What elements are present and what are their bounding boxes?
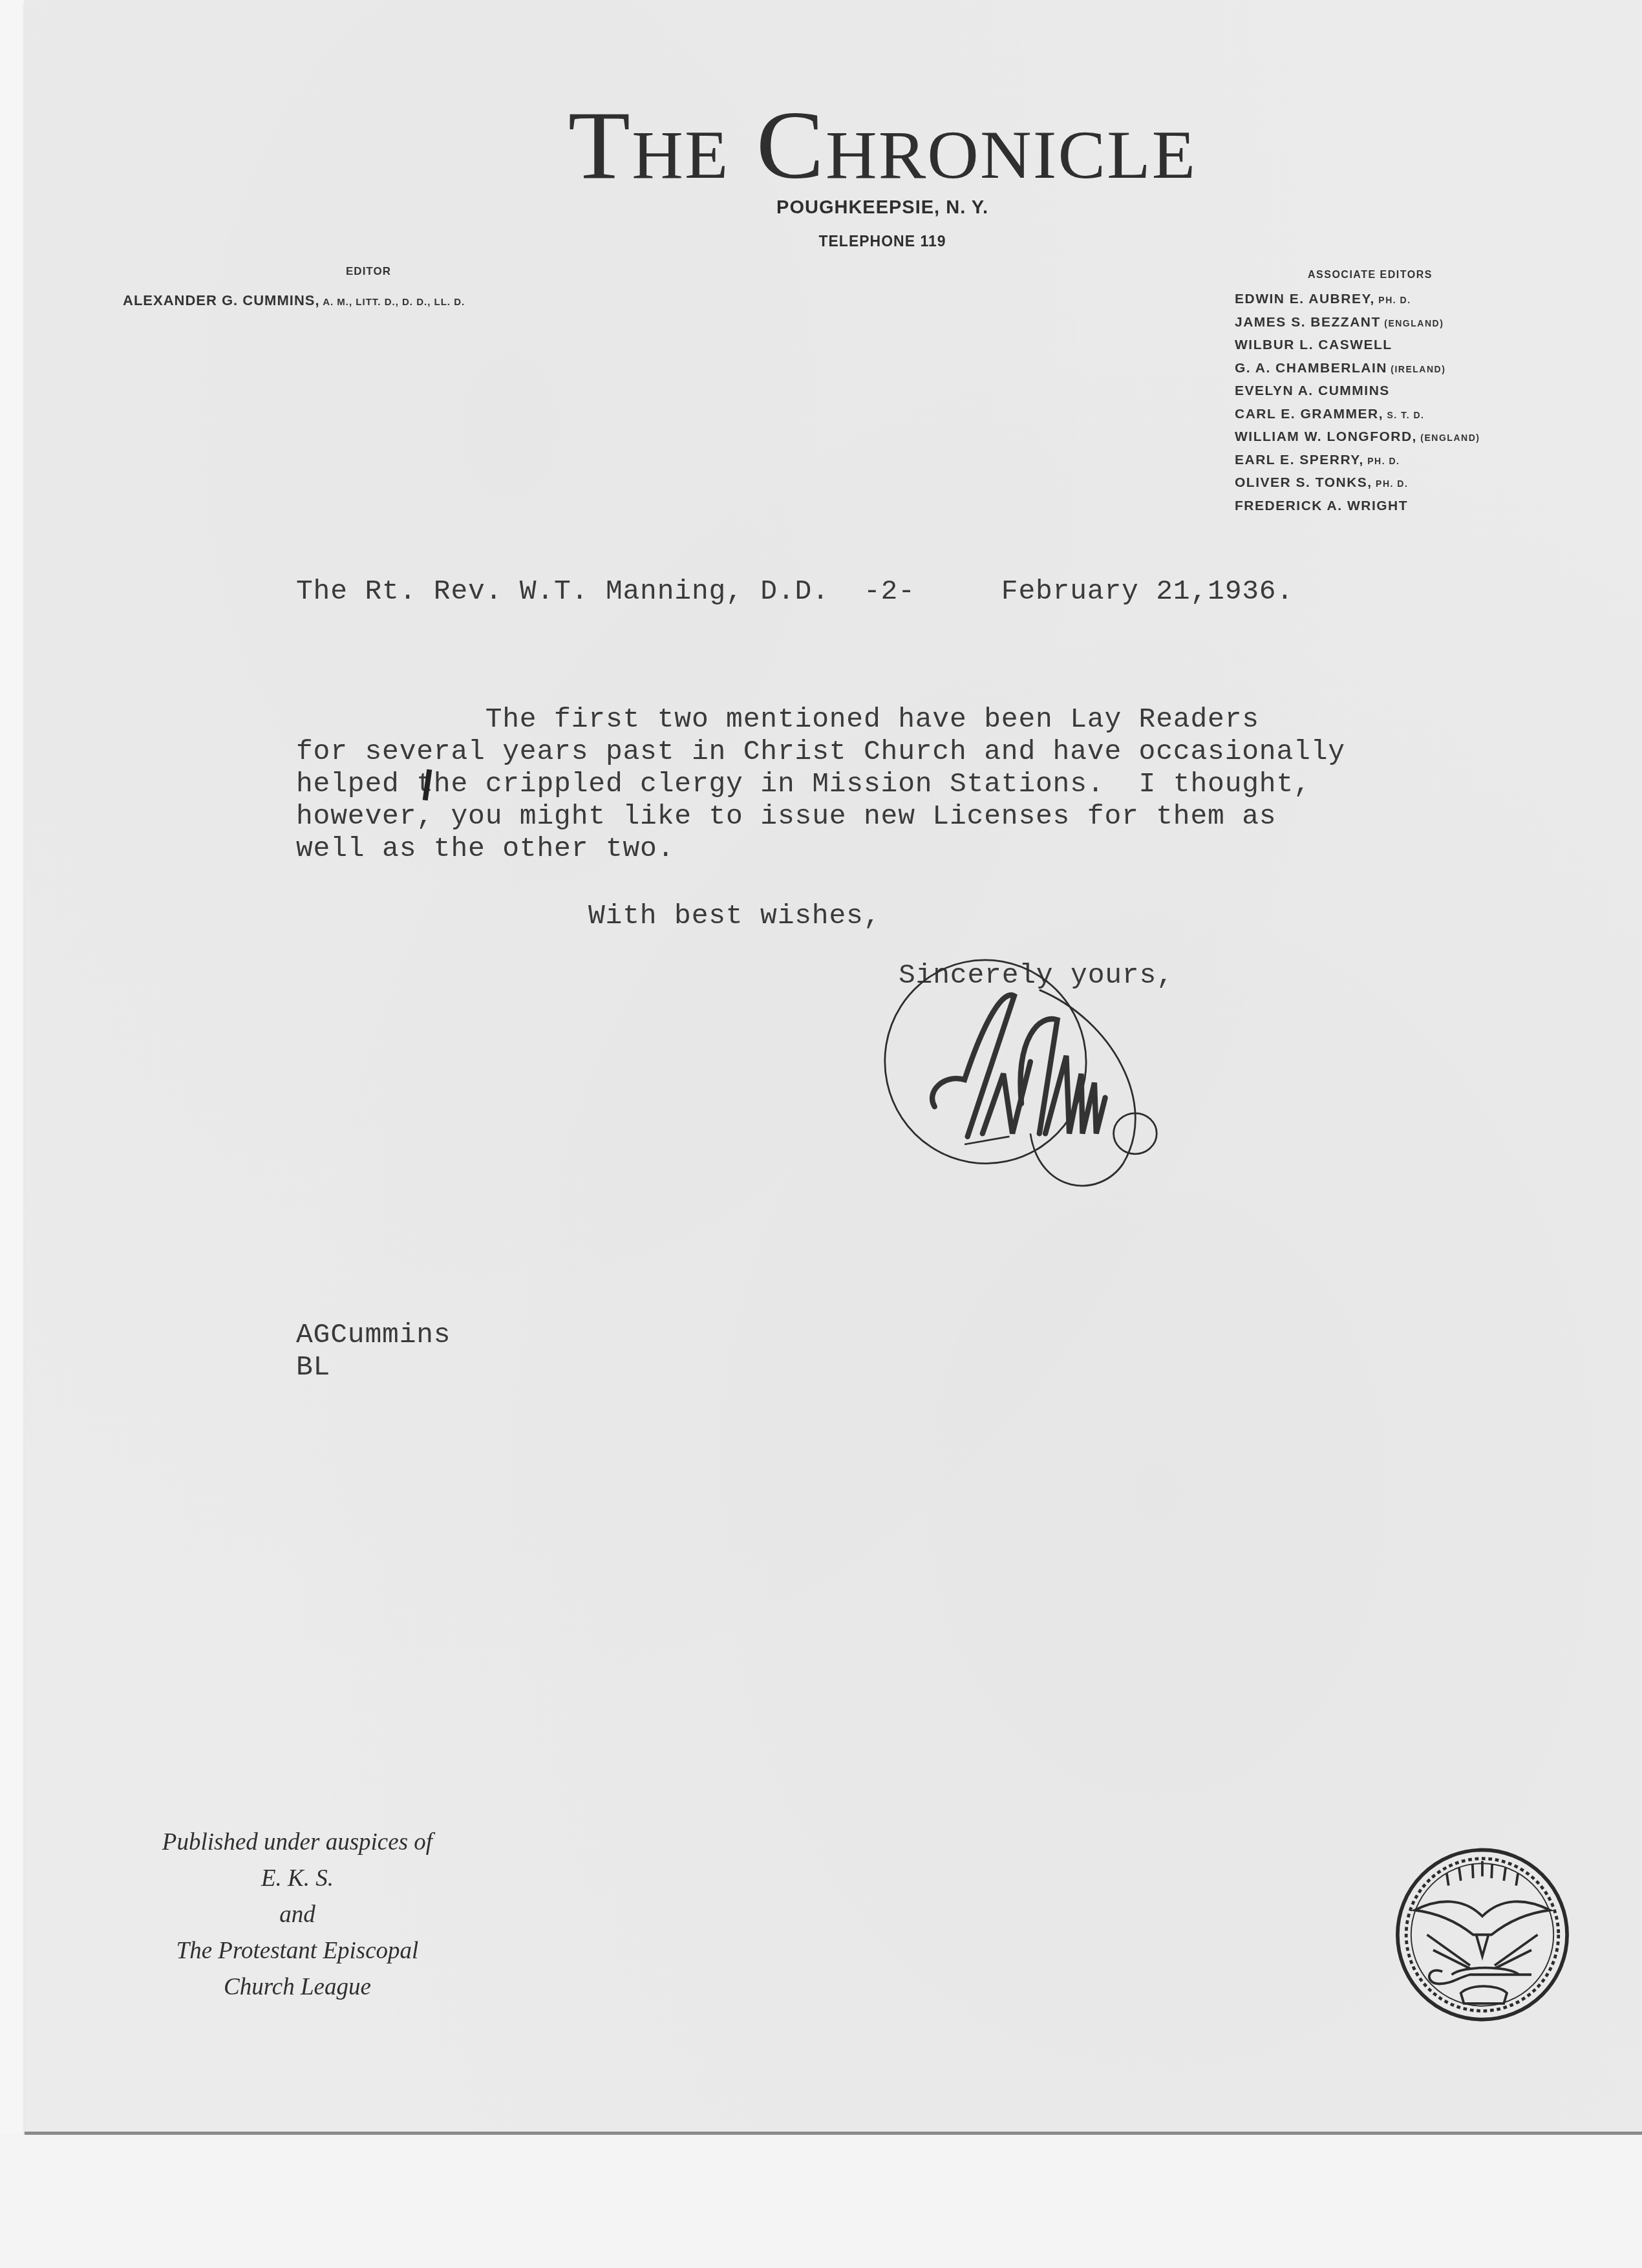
- letter-body-line: helped the crippled clergy in Mission St…: [296, 768, 1345, 800]
- publisher-note-line: Church League: [116, 1969, 478, 2006]
- associate-editors-list: EDWIN E. AUBREY, PH. D.JAMES S. BEZZANT …: [1235, 288, 1480, 518]
- associate-editor-suffix: PH. D.: [1364, 456, 1400, 466]
- letter-body-line: The first two mentioned have been Lay Re…: [296, 703, 1345, 736]
- letter-body: The first two mentioned have been Lay Re…: [296, 703, 1345, 865]
- initials-line: AGCummins: [296, 1319, 451, 1351]
- dove-lamp-seal-icon: [1389, 1843, 1576, 2027]
- publisher-note-line: The Protestant Episcopal: [116, 1933, 478, 1969]
- associate-editor: G. A. CHAMBERLAIN (IRELAND): [1235, 358, 1480, 381]
- newspaper-title: The Chronicle: [568, 97, 1197, 194]
- associate-editor-name: WILLIAM W. LONGFORD,: [1235, 429, 1417, 444]
- editor-degrees: A. M., LITT. D., D. D., LL. D.: [320, 297, 465, 308]
- associate-editor-suffix: (ENGLAND): [1381, 318, 1444, 328]
- associate-editor-name: G. A. CHAMBERLAIN: [1235, 361, 1387, 376]
- reference-line: The Rt. Rev. W.T. Manning, D.D. -2- Febr…: [296, 575, 1294, 607]
- associate-editor: EVELYN A. CUMMINS: [1235, 380, 1480, 403]
- editor-name-line: ALEXANDER G. CUMMINS, A. M., LITT. D., D…: [123, 292, 653, 309]
- publisher-note-line: and: [116, 1897, 478, 1933]
- scanner-background: [0, 2135, 1642, 2268]
- publisher-note-line: Published under auspices of: [116, 1824, 478, 1861]
- associate-editor: WILLIAM W. LONGFORD, (ENGLAND): [1235, 426, 1480, 449]
- scan-margin: [0, 0, 25, 2134]
- associate-editor-name: FREDERICK A. WRIGHT: [1235, 498, 1408, 513]
- associate-editor: OLIVER S. TONKS, PH. D.: [1235, 472, 1480, 495]
- publisher-note-line: E. K. S.: [116, 1861, 478, 1897]
- associate-editors-label: ASSOCIATE EDITORS: [1308, 270, 1480, 281]
- closing-wishes: With best wishes,: [588, 900, 880, 932]
- editor-label: EDITOR: [84, 265, 653, 278]
- associate-editor-name: EARL E. SPERRY,: [1235, 453, 1364, 467]
- initials-line: BL: [296, 1351, 451, 1384]
- associate-editor: FREDERICK A. WRIGHT: [1235, 495, 1480, 519]
- city-line: POUGHKEEPSIE, N. Y.: [0, 197, 1642, 219]
- letter-body-line: however, you might like to issue new Lic…: [296, 800, 1345, 833]
- associate-editor-suffix: PH. D.: [1372, 478, 1409, 489]
- letter-body-line: well as the other two.: [296, 833, 1345, 865]
- telephone-line: TELEPHONE 119: [0, 233, 1642, 250]
- associate-editor-suffix: PH. D.: [1375, 295, 1411, 305]
- associate-editor-name: OLIVER S. TONKS,: [1235, 475, 1372, 490]
- associate-editor: EDWIN E. AUBREY, PH. D.: [1235, 288, 1480, 312]
- telephone: TELEPHONE 119: [818, 233, 946, 250]
- associate-editors-block: ASSOCIATE EDITORS EDWIN E. AUBREY, PH. D…: [1235, 270, 1480, 518]
- signature-icon: [860, 944, 1183, 1215]
- publisher-note: Published under auspices ofE. K. S.andTh…: [116, 1824, 478, 2006]
- associate-editor-suffix: S. T. D.: [1383, 410, 1424, 420]
- associate-editor: JAMES S. BEZZANT (ENGLAND): [1235, 312, 1480, 335]
- city: POUGHKEEPSIE, N. Y.: [776, 197, 988, 219]
- editor-name: ALEXANDER G. CUMMINS,: [123, 292, 320, 308]
- masthead: The Chronicle: [0, 97, 1642, 194]
- associate-editor-name: EVELYN A. CUMMINS: [1235, 383, 1390, 398]
- associate-editor-name: WILBUR L. CASWELL: [1235, 337, 1392, 352]
- associate-editor-name: JAMES S. BEZZANT: [1235, 315, 1381, 330]
- associate-editor-suffix: (IRELAND): [1387, 364, 1445, 374]
- letter-body-line: for several years past in Christ Church …: [296, 736, 1345, 768]
- associate-editor-suffix: (ENGLAND): [1417, 433, 1480, 443]
- associate-editor: CARL E. GRAMMER, S. T. D.: [1235, 403, 1480, 427]
- editor-block: EDITOR ALEXANDER G. CUMMINS, A. M., LITT…: [123, 265, 653, 309]
- associate-editor-name: EDWIN E. AUBREY,: [1235, 292, 1375, 306]
- associate-editor-name: CARL E. GRAMMER,: [1235, 407, 1383, 422]
- associate-editor: EARL E. SPERRY, PH. D.: [1235, 449, 1480, 473]
- typist-initials: AGCumminsBL: [296, 1319, 451, 1384]
- associate-editor: WILBUR L. CASWELL: [1235, 334, 1480, 358]
